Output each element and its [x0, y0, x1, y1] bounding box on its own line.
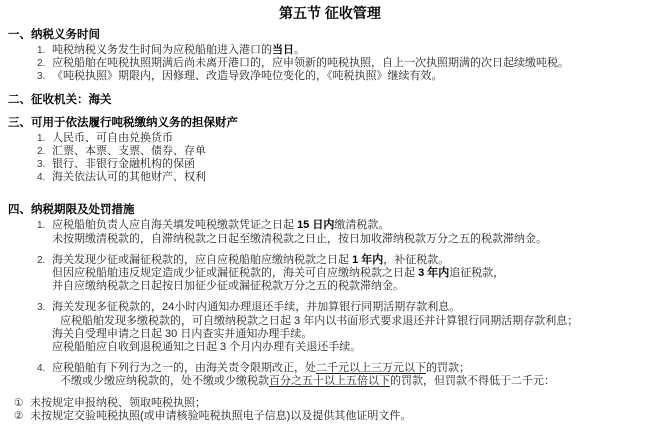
text-run: 应税船舶发现多缴税款的，可自缴纳税款之日起 3 年内以书面形式要求退还并计算银行… — [60, 315, 578, 327]
text-run: 15 日内 — [297, 219, 334, 231]
section-heading: 二、征收机关：海关 — [0, 93, 660, 107]
list-item: 1.人民币、可自由兑换货币 — [0, 132, 660, 145]
section-heading: 四、纳税期限及处罚措施 — [0, 203, 660, 217]
list-item: 4.应税船舶有下列行为之一的，由海关责令限期改正，处二千元以上三万元以下的罚款； — [0, 362, 660, 375]
item-number: 3. — [37, 301, 45, 314]
section-1: 一、纳税义务时间1.吨税纳税义务发生时间为应税船舶进入港口的当日。2.应税船舶在… — [0, 28, 660, 84]
sections-container: 一、纳税义务时间1.吨税纳税义务发生时间为应税船舶进入港口的当日。2.应税船舶在… — [0, 28, 660, 423]
text-run: 吨税纳税义务发生时间为应税船舶进入港口的 — [52, 44, 272, 56]
section-2: 二、征收机关：海关 — [0, 93, 660, 107]
continuation-line: 海关自受理申请之日起 30 日内查实并通知办理手续。 — [0, 328, 660, 341]
page-title: 第五节 征收管理 — [0, 0, 660, 22]
item-number: ① — [14, 397, 23, 410]
text-run: 的罚款，但罚款不得低于二千元： — [390, 375, 555, 387]
text-run: 应税船舶在吨税执照期满后尚未离开港口的，应申领新的吨税执照，自上一次执照期满的次… — [52, 57, 569, 69]
circled-item: ①未按规定申报纳税、领取吨税执照； — [0, 397, 660, 410]
item-number: ② — [14, 410, 23, 423]
list-item: 2.海关发现少征或漏征税款的，应自应税船舶应缴纳税款之日起 1 年内，补征税款。 — [0, 254, 660, 267]
item-number: 2. — [37, 254, 45, 267]
item-number: 2. — [37, 57, 45, 70]
text-run: 应税船舶负责人应自海关填发吨税缴款凭证之日起 — [52, 219, 297, 231]
text-run: 追征税款， — [449, 267, 504, 279]
text-run: 二千元以上三万元以下 — [316, 362, 426, 374]
text-run: 海关发现少征或漏征税款的，应自应税船舶应缴纳税款之日起 — [52, 254, 352, 266]
continuation-line: 应税船舶发现多缴税款的，可自缴纳税款之日起 3 年内以书面形式要求退还并计算银行… — [0, 315, 660, 328]
item-number: 4. — [37, 362, 45, 375]
list-item: 2.汇票、本票、支票、债券、存单 — [0, 145, 660, 158]
item-number: 1. — [37, 219, 45, 232]
continuation-line: 并自应缴纳税款之日起按日加征少征或漏征税款万分之五的税款滞纳金。 — [0, 280, 660, 293]
item-number: 3. — [37, 158, 45, 171]
section-3: 三、可用于依法履行吨税缴纳义务的担保财产1.人民币、可自由兑换货币2.汇票、本票… — [0, 116, 660, 185]
text-run: 银行、非银行金融机构的保函 — [52, 158, 195, 170]
list-item: 2.应税船舶在吨税执照期满后尚未离开港口的，应申领新的吨税执照，自上一次执照期满… — [0, 57, 660, 70]
text-run: 不缴或少缴应纳税款的，处不缴或少缴税款 — [60, 375, 269, 387]
text-run: 1 年内 — [352, 254, 383, 266]
text-run: 海关自受理申请之日起 30 日内查实并通知办理手续。 — [52, 328, 312, 340]
list-item: 1.应税船舶负责人应自海关填发吨税缴款凭证之日起 15 日内缴清税款。 — [0, 219, 660, 232]
text-run: 《吨税执照》期限内，因修理、改造导致净吨位变化的，《吨税执照》继续有效。 — [52, 70, 443, 82]
list-item: 1.吨税纳税义务发生时间为应税船舶进入港口的当日。 — [0, 44, 660, 57]
item-number: 3. — [37, 70, 45, 83]
text-run: 3 年内 — [418, 267, 449, 279]
text-run: 但因应税船舶违反规定造成少征或漏征税款的，海关可自应缴纳税款之日起 — [52, 267, 418, 279]
list-item: 3.海关发现多征税款的，24小时内通知办理退还手续，并加算银行同期活期存款利息。 — [0, 301, 660, 314]
text-run: 未按期缴清税款的，自滞纳税款之日起至缴清税款之日止，按日加收滞纳税款万分之五的税… — [52, 233, 547, 245]
text-run: 应税船舶应自收到退税通知之日起 3 个月内办理有关退还手续。 — [52, 341, 361, 353]
text-run: 未按规定申报纳税、领取吨税执照； — [30, 397, 206, 409]
list-item: 3.银行、非银行金融机构的保函 — [0, 158, 660, 171]
text-run: 未按规定交验吨税执照(或申请核验吨税执照电子信息)以及提供其他证明文件。 — [30, 410, 411, 422]
list-item: 3.《吨税执照》期限内，因修理、改造导致净吨位变化的，《吨税执照》继续有效。 — [0, 70, 660, 83]
text-run: 并自应缴纳税款之日起按日加征少征或漏征税款万分之五的税款滞纳金。 — [52, 280, 404, 292]
text-run: 应税船舶有下列行为之一的，由海关责令限期改正，处 — [52, 362, 316, 374]
section-4: 四、纳税期限及处罚措施1.应税船舶负责人应自海关填发吨税缴款凭证之日起 15 日… — [0, 203, 660, 423]
item-number: 1. — [37, 44, 45, 57]
text-run: 缴清税款。 — [334, 219, 389, 231]
item-number: 2. — [37, 145, 45, 158]
continuation-line: 未按期缴清税款的，自滞纳税款之日起至缴清税款之日止，按日加收滞纳税款万分之五的税… — [0, 233, 660, 246]
text-run: 百分之五十以上五倍以下 — [269, 375, 390, 387]
text-run: ，补征税款。 — [383, 254, 449, 266]
text-run: 。 — [294, 44, 305, 56]
continuation-line: 应税船舶应自收到退税通知之日起 3 个月内办理有关退还手续。 — [0, 341, 660, 354]
item-number: 4. — [37, 171, 45, 184]
text-run: 人民币、可自由兑换货币 — [52, 132, 173, 144]
text-run: 汇票、本票、支票、债券、存单 — [52, 145, 206, 157]
text-run: 海关发现多征税款的，24小时内通知办理退还手续，并加算银行同期活期存款利息。 — [52, 301, 460, 313]
list-item: 4.海关依法认可的其他财产、权利 — [0, 171, 660, 184]
text-run: 海关依法认可的其他财产、权利 — [52, 171, 206, 183]
document-page: 第五节 征收管理 一、纳税义务时间1.吨税纳税义务发生时间为应税船舶进入港口的当… — [0, 0, 660, 424]
circled-item: ②未按规定交验吨税执照(或申请核验吨税执照电子信息)以及提供其他证明文件。 — [0, 410, 660, 423]
text-run: 当日 — [272, 44, 294, 56]
continuation-line: 不缴或少缴应纳税款的，处不缴或少缴税款百分之五十以上五倍以下的罚款，但罚款不得低… — [0, 375, 660, 388]
text-run: 的罚款； — [426, 362, 470, 374]
section-heading: 一、纳税义务时间 — [0, 28, 660, 42]
continuation-line: 但因应税船舶违反规定造成少征或漏征税款的，海关可自应缴纳税款之日起 3 年内追征… — [0, 267, 660, 280]
section-heading: 三、可用于依法履行吨税缴纳义务的担保财产 — [0, 116, 660, 130]
item-number: 1. — [37, 132, 45, 145]
